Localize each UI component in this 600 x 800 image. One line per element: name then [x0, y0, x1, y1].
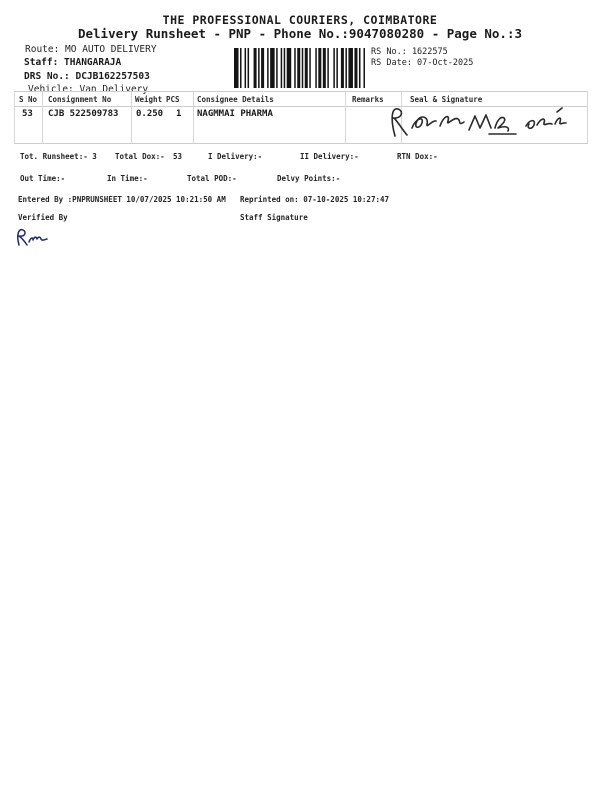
cell-consignee: NAGMMAI PHARMA — [197, 109, 273, 119]
cell-pcs: 1 — [176, 109, 181, 119]
verified-signature-icon — [14, 226, 56, 250]
verified-by-label: Verified By — [18, 213, 68, 222]
col-header-weight: Weight — [135, 95, 162, 104]
staff-signature-label: Staff Signature — [240, 213, 308, 222]
table-top-border — [14, 91, 588, 92]
tot-runsheet: Tot. Runsheet:- 3 — [20, 152, 97, 161]
in-time: In Time:- — [107, 174, 148, 183]
rs-date: RS Date: 07-Oct-2025 — [371, 58, 473, 68]
col-header-pcs: PCS — [166, 95, 180, 104]
col-header-consignment: Consignment No — [48, 95, 111, 104]
reprinted-on: Reprinted on: 07-10-2025 10:27:47 — [240, 195, 389, 204]
rs-no: RS No.: 1622575 — [371, 47, 448, 57]
staff-line: Staff: THANGARAJA — [24, 57, 121, 68]
col-header-sno: S No — [19, 95, 37, 104]
entered-by: Entered By :PNPRUNSHEET 10/07/2025 10:21… — [18, 195, 226, 204]
table-vline — [345, 91, 346, 143]
runsheet-subtitle: Delivery Runsheet - PNP - Phone No.:9047… — [0, 26, 600, 41]
cell-sno: 53 — [22, 109, 33, 119]
total-dox-label: Total Dox:- — [115, 152, 165, 161]
total-dox-value: 53 — [173, 152, 182, 161]
col-header-seal-signature: Seal & Signature — [410, 95, 482, 104]
table-vline — [131, 91, 132, 143]
ii-delivery: II Delivery:- — [300, 152, 359, 161]
delvy-points: Delvy Points:- — [277, 174, 340, 183]
cell-consignment: CJB 522509783 — [48, 109, 118, 119]
table-vline — [587, 91, 588, 143]
company-title: THE PROFESSIONAL COURIERS, COIMBATORE — [0, 13, 600, 27]
col-header-remarks: Remarks — [352, 95, 384, 104]
route-line: Route: MO AUTO DELIVERY — [25, 44, 157, 55]
consignee-signature-icon — [385, 104, 570, 144]
drs-no-line: DRS No.: DCJB162257503 — [24, 71, 150, 82]
out-time: Out Time:- — [20, 174, 65, 183]
table-vline — [193, 91, 194, 143]
rtn-dox: RTN Dox:- — [397, 152, 438, 161]
table-vline — [42, 91, 43, 143]
i-delivery: I Delivery:- — [208, 152, 262, 161]
runsheet-document: THE PROFESSIONAL COURIERS, COIMBATORE De… — [0, 0, 600, 800]
col-header-consignee: Consignee Details — [197, 95, 274, 104]
barcode-icon — [234, 48, 368, 88]
cell-weight: 0.250 — [136, 109, 163, 119]
total-pod: Total POD:- — [187, 174, 237, 183]
table-vline — [14, 91, 15, 143]
